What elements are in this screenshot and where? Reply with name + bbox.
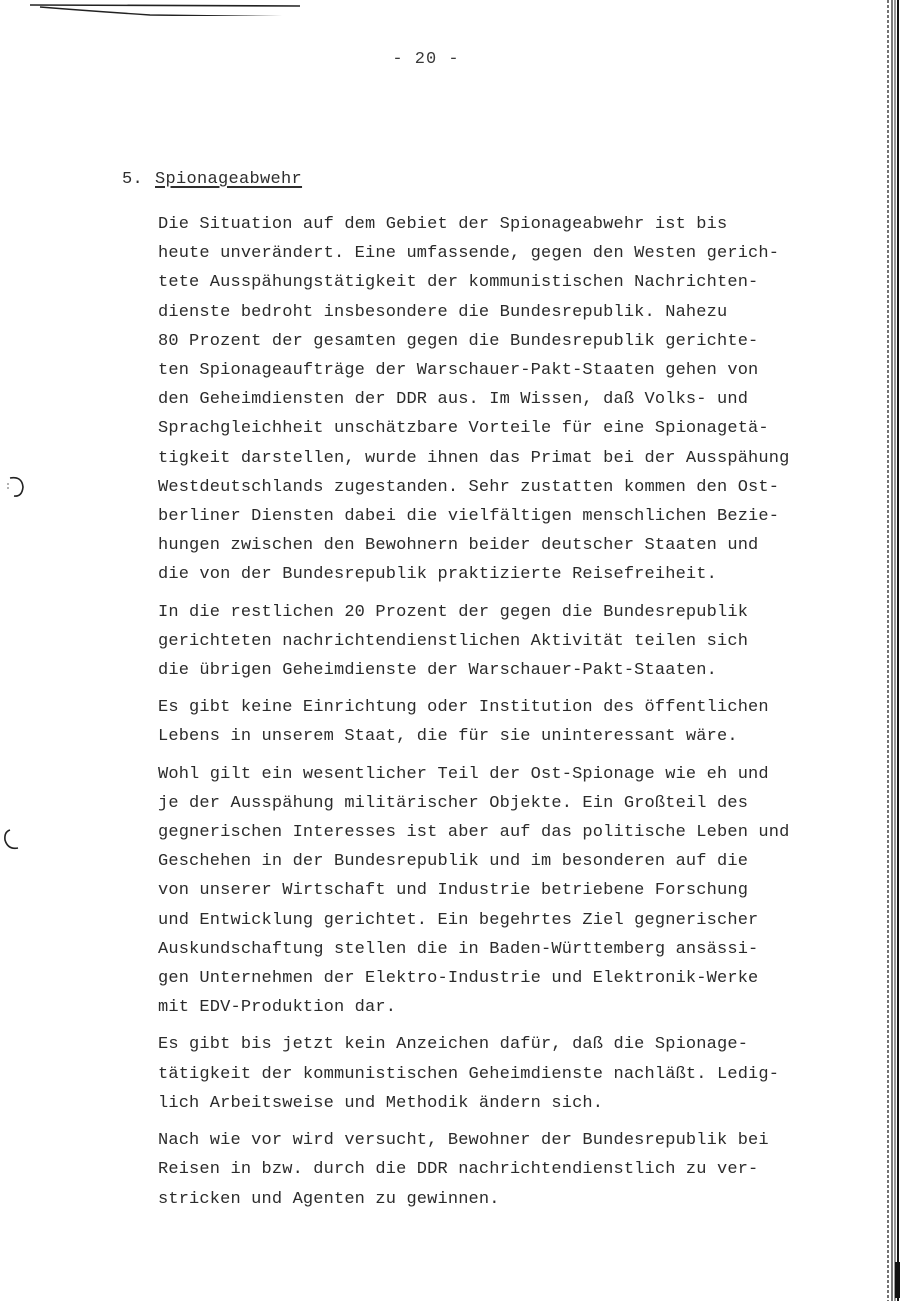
text-line: In die restlichen 20 Prozent der gegen d… — [158, 598, 878, 627]
text-line: tätigkeit der kommunistischen Geheimdien… — [158, 1060, 878, 1089]
text-line: dienste bedroht insbesondere die Bundesr… — [158, 298, 878, 327]
text-line: Sprachgleichheit unschätzbare Vorteile f… — [158, 414, 878, 443]
paragraph: Nach wie vor wird versucht, Bewohner der… — [158, 1126, 878, 1214]
text-line: gen Unternehmen der Elektro-Industrie un… — [158, 964, 878, 993]
paragraph: Es gibt keine Einrichtung oder Instituti… — [158, 693, 878, 751]
text-line: gegnerischen Interesses ist aber auf das… — [158, 818, 878, 847]
text-line: ten Spionageaufträge der Warschauer-Pakt… — [158, 356, 878, 385]
text-line: berliner Diensten dabei die vielfältigen… — [158, 502, 878, 531]
scan-binding-edge — [884, 0, 900, 1301]
text-line: von unserer Wirtschaft und Industrie bet… — [158, 876, 878, 905]
document-body: Die Situation auf dem Gebiet der Spionag… — [158, 210, 878, 1222]
section-heading: 5.Spionageabwehr — [122, 170, 302, 189]
text-line: heute unverändert. Eine umfassende, gege… — [158, 239, 878, 268]
text-line: mit EDV-Produktion dar. — [158, 993, 878, 1022]
paragraph: Es gibt bis jetzt kein Anzeichen dafür, … — [158, 1030, 878, 1118]
text-line: 80 Prozent der gesamten gegen die Bundes… — [158, 327, 878, 356]
scan-artifact-top-rule — [30, 4, 308, 16]
text-line: je der Ausspähung militärischer Objekte.… — [158, 789, 878, 818]
punch-hole-icon — [2, 828, 22, 852]
text-line: Geschehen in der Bundesrepublik und im b… — [158, 847, 878, 876]
text-line: die übrigen Geheimdienste der Warschauer… — [158, 656, 878, 685]
text-line: und Entwicklung gerichtet. Ein begehrtes… — [158, 906, 878, 935]
text-line: den Geheimdiensten der DDR aus. Im Wisse… — [158, 385, 878, 414]
paragraph: Wohl gilt ein wesentlicher Teil der Ost-… — [158, 760, 878, 1023]
paragraph: In die restlichen 20 Prozent der gegen d… — [158, 598, 878, 686]
page-number: - 20 - — [0, 50, 852, 69]
text-line: Reisen in bzw. durch die DDR nachrichten… — [158, 1155, 878, 1184]
text-line: lich Arbeitsweise und Methodik ändern si… — [158, 1089, 878, 1118]
text-line: gerichteten nachrichtendienstlichen Akti… — [158, 627, 878, 656]
text-line: Nach wie vor wird versucht, Bewohner der… — [158, 1126, 878, 1155]
text-line: die von der Bundesrepublik praktizierte … — [158, 560, 878, 589]
text-line: hungen zwischen den Bewohnern beider deu… — [158, 531, 878, 560]
text-line: Die Situation auf dem Gebiet der Spionag… — [158, 210, 878, 239]
text-line: tigkeit darstellen, wurde ihnen das Prim… — [158, 444, 878, 473]
text-line: tete Ausspähungstätigkeit der kommunisti… — [158, 268, 878, 297]
section-number: 5. — [122, 170, 143, 189]
section-title: Spionageabwehr — [155, 170, 302, 189]
text-line: stricken und Agenten zu gewinnen. — [158, 1185, 878, 1214]
text-line: Lebens in unserem Staat, die für sie uni… — [158, 722, 878, 751]
punch-hole-icon — [6, 475, 26, 499]
text-line: Auskundschaftung stellen die in Baden-Wü… — [158, 935, 878, 964]
text-line: Es gibt bis jetzt kein Anzeichen dafür, … — [158, 1030, 878, 1059]
text-line: Es gibt keine Einrichtung oder Instituti… — [158, 693, 878, 722]
paragraph: Die Situation auf dem Gebiet der Spionag… — [158, 210, 878, 590]
text-line: Wohl gilt ein wesentlicher Teil der Ost-… — [158, 760, 878, 789]
text-line: Westdeutschlands zugestanden. Sehr zusta… — [158, 473, 878, 502]
